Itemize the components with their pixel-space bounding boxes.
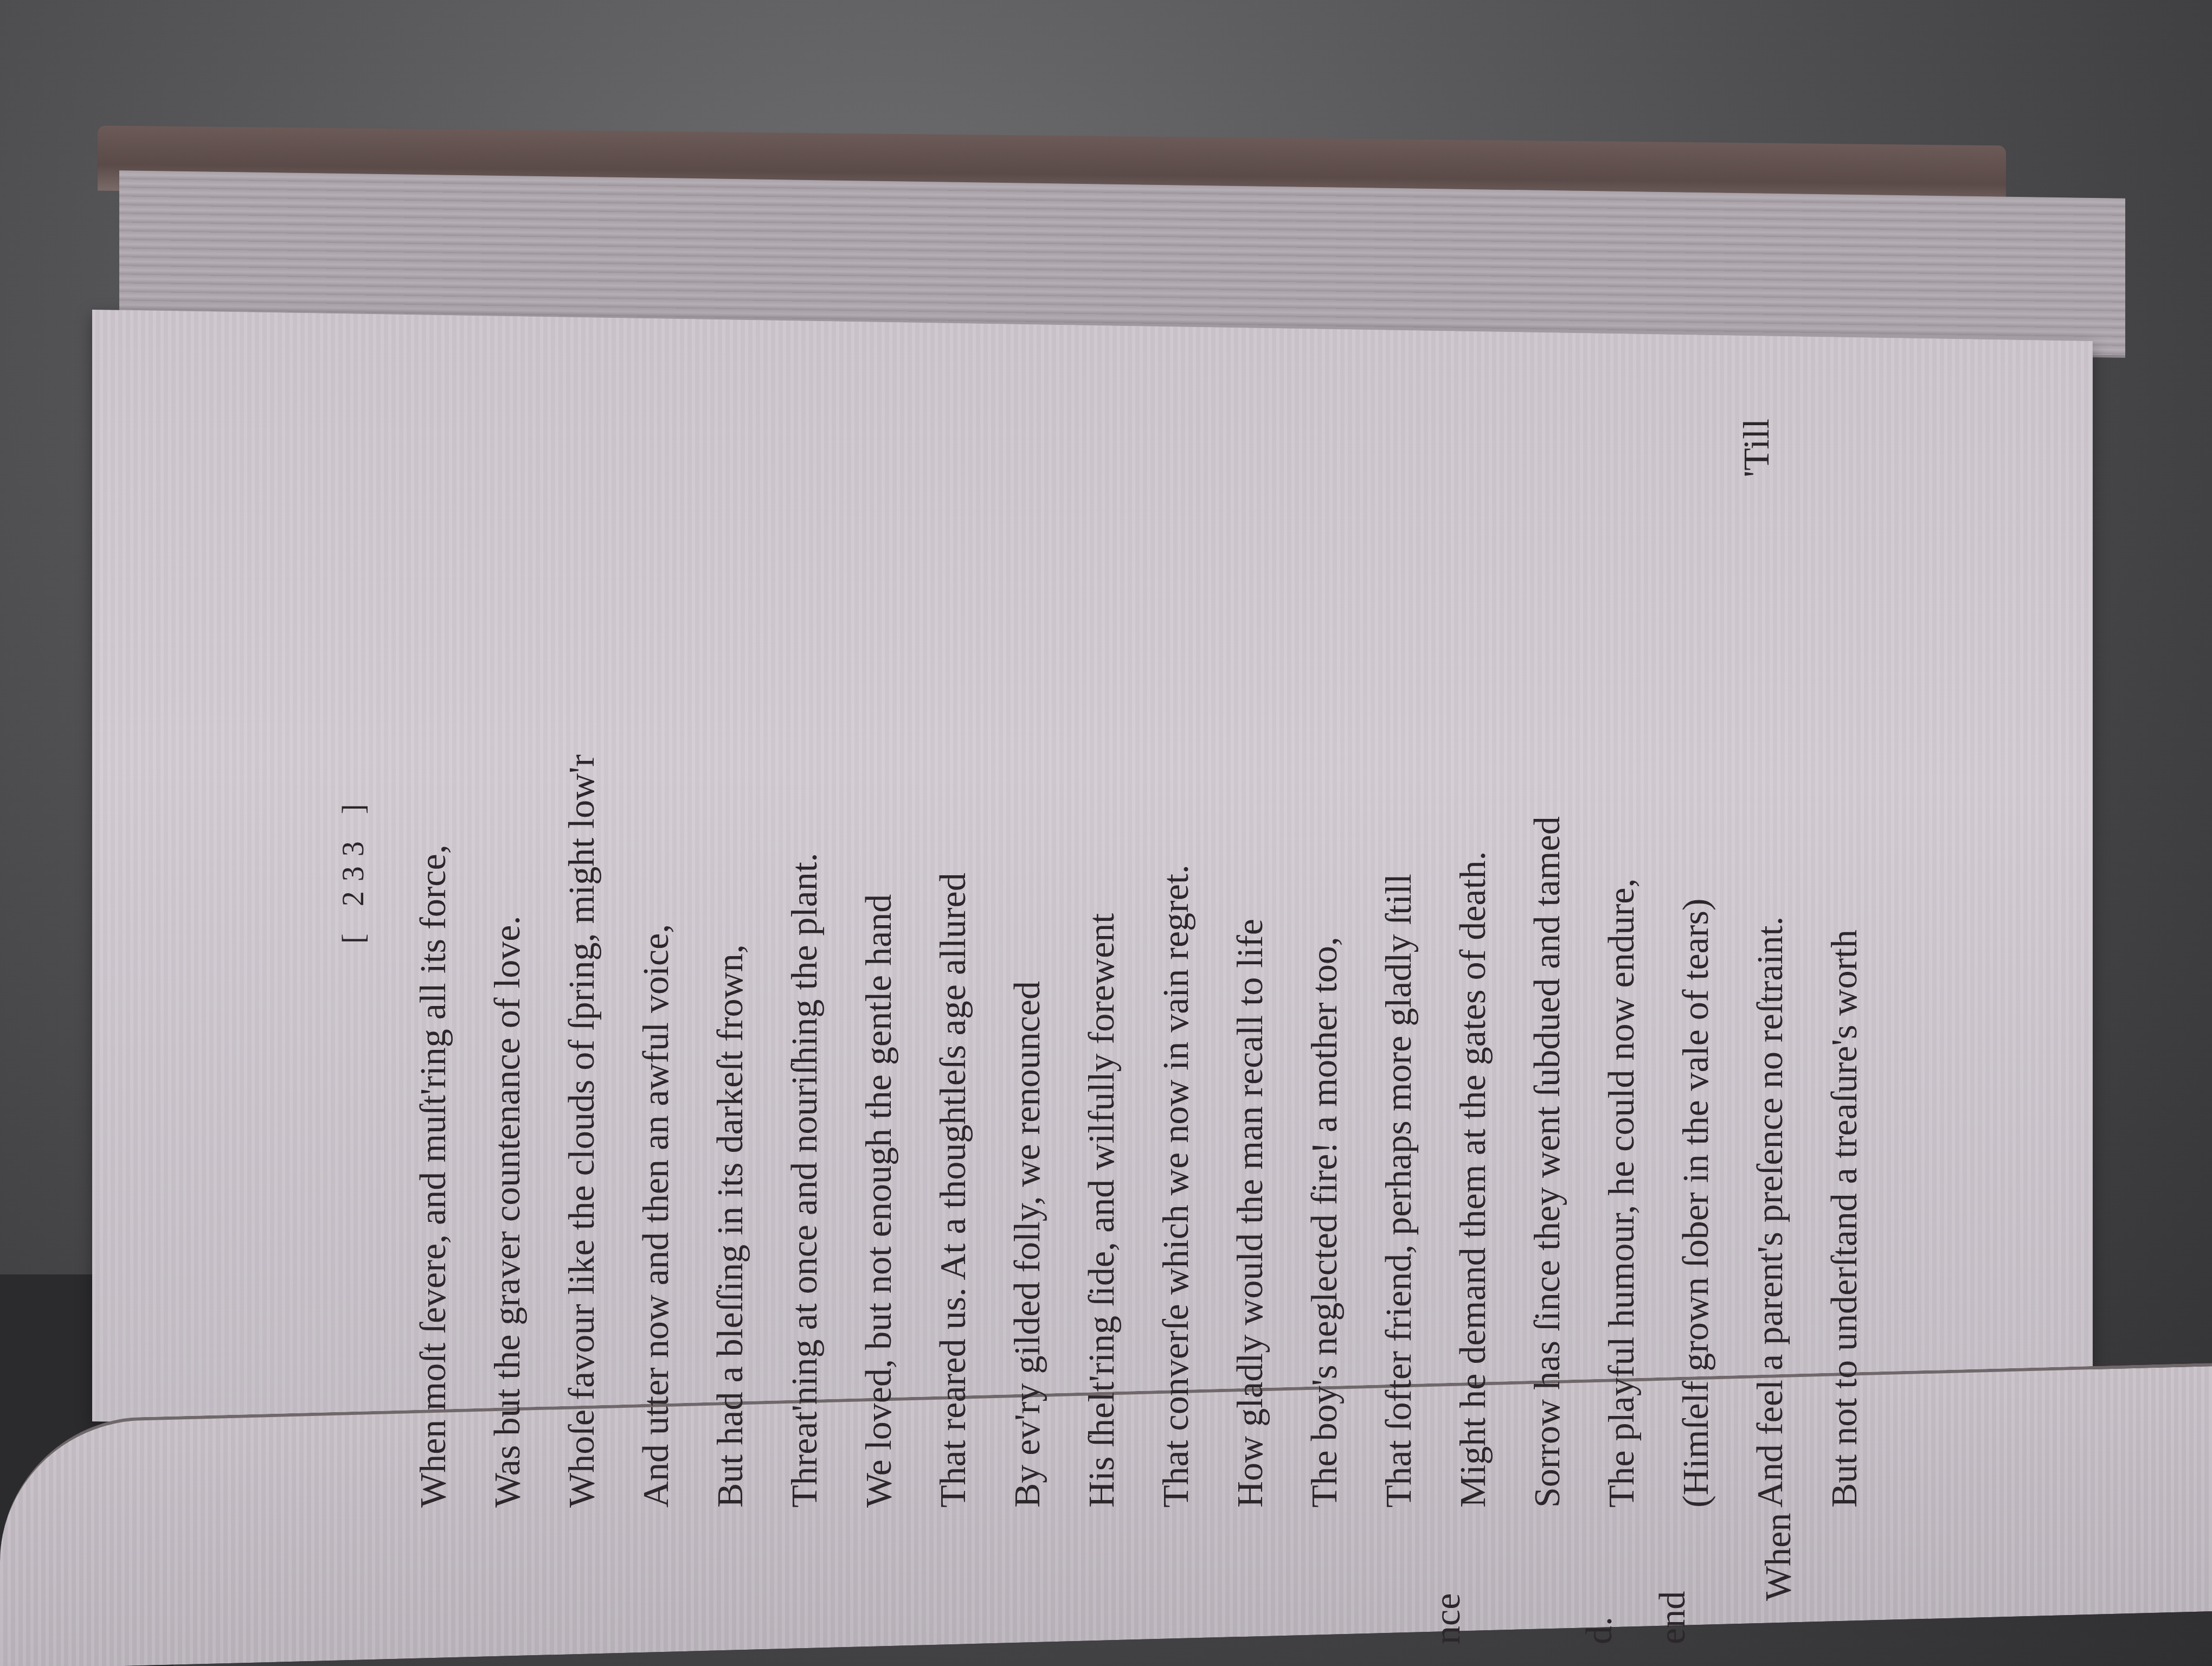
facing-page-text: nce d. end When (1410, 1286, 1952, 1666)
poem-line: That converſe which we now in vain regre… (1139, 315, 1213, 1508)
poem-line: Was but the graver countenance of love. (470, 315, 544, 1508)
poem-line: That reared us. At a thoughtleſs age all… (916, 315, 990, 1508)
poem-line: How gladly would the man recall to life (1213, 315, 1287, 1508)
poem-line: But had a bleſſing in its darkeſt frown, (693, 315, 767, 1508)
poem-line: When moſt ſevere, and muſt'ring all its … (396, 315, 470, 1508)
poem-line: The boy's neglected fire! a mother too, (1287, 315, 1361, 1508)
facing-fragment: When (1757, 1513, 1799, 1601)
poem-line: And utter now and then an awful voice, (619, 315, 693, 1508)
facing-fragment: end (1651, 1591, 1694, 1644)
poem-line: By ev'ry gilded folly, we renounced (990, 315, 1064, 1508)
poem-line: Whoſe favour like the clouds of ſpring, … (544, 315, 619, 1508)
page-header: [ 233 ] (336, 794, 371, 944)
poem-line: His ſhelt'ring ſide, and wilfully forewe… (1064, 315, 1139, 1508)
catchword: 'Till (1735, 419, 1778, 477)
facing-fragment: nce (1426, 1593, 1469, 1644)
poem-line: Threat'ning at once and nouriſhing the p… (767, 315, 841, 1508)
poem-line: We loved, but not enough the gentle hand (841, 315, 916, 1508)
facing-fragment: d. (1578, 1617, 1621, 1644)
